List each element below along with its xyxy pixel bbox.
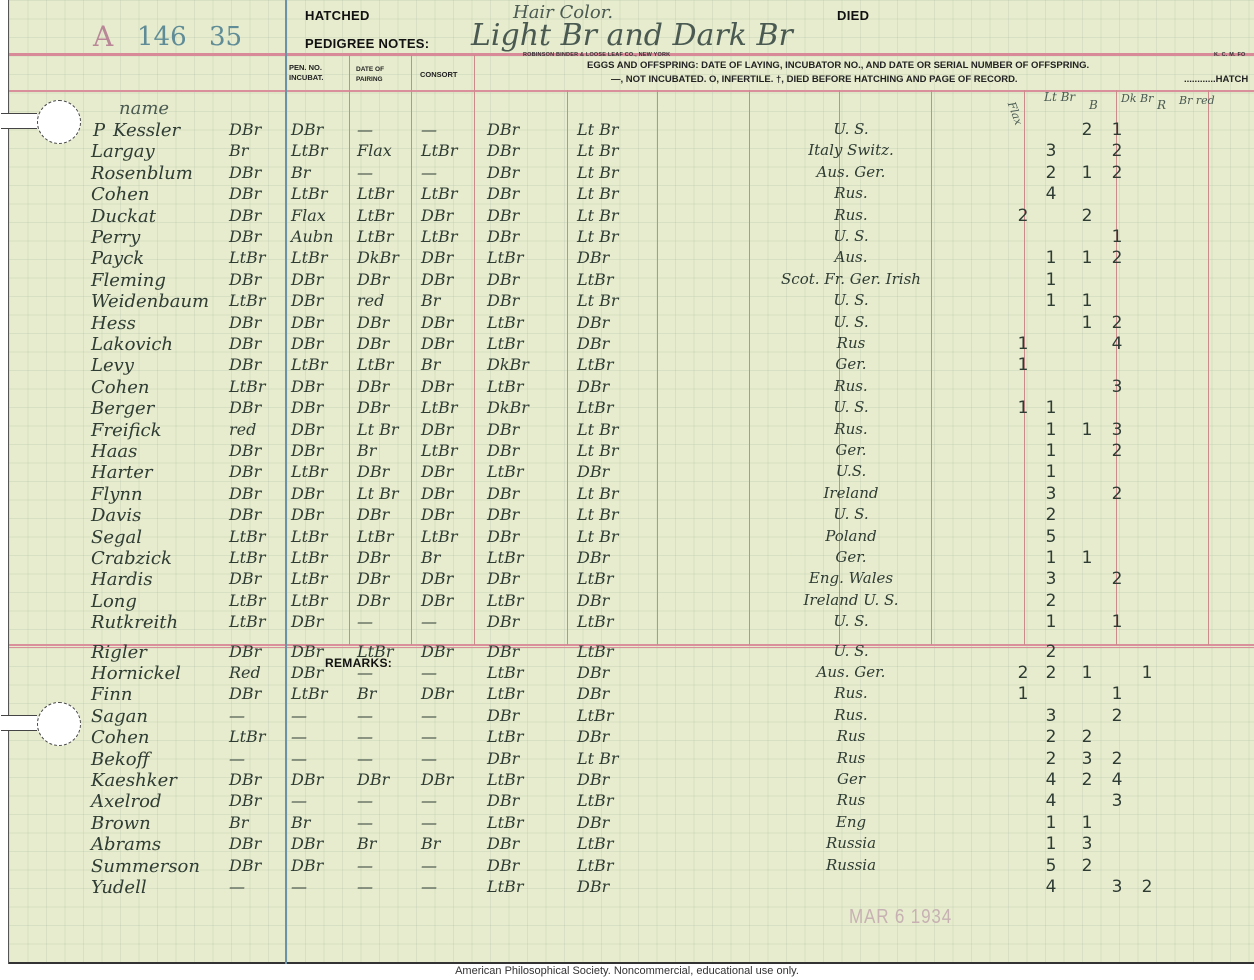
row-own: LtBr xyxy=(229,377,265,396)
eggs-offspring-line-1: EGGS AND OFFSPRING: DATE OF LAYING, INCU… xyxy=(587,60,1089,71)
row-c1: — xyxy=(291,791,307,810)
row-c1: DBr xyxy=(291,398,323,417)
row-name: Hardis xyxy=(91,569,153,590)
table-row: Yudell————LtBrDBr432 xyxy=(9,877,1254,898)
row-c5: Lt Br xyxy=(577,291,619,310)
row-c2: — xyxy=(357,749,373,768)
row-c1: LtBr xyxy=(291,184,327,203)
row-count-1: 1 xyxy=(1043,462,1059,482)
col-header-date-of-pairing: DATE OF PAIRING xyxy=(356,65,384,85)
row-own: DBr xyxy=(229,120,261,139)
row-count-1: 3 xyxy=(1043,141,1059,161)
col-header-name: name xyxy=(119,98,169,119)
col-header-pen-no: PEN. NO. INCUBAT. xyxy=(289,63,323,83)
row-own: LtBr xyxy=(229,248,265,267)
row-count-1: 1 xyxy=(1043,441,1059,461)
row-origin: Russia xyxy=(751,856,951,874)
row-own: DBr xyxy=(229,856,261,875)
row-c3: DBr xyxy=(421,462,453,481)
row-origin: Italy Switz. xyxy=(751,141,951,159)
row-c4: DBr xyxy=(487,569,519,588)
table-row: RiglerDBrDBrLtBrDBrDBrLtBrU. S.2 xyxy=(9,642,1254,663)
table-row: HaasDBrDBrBrLtBrDBrLt BrGer.12 xyxy=(9,441,1254,462)
table-row: LakovichDBrDBrDBrDBrLtBrDBrRus14 xyxy=(9,334,1254,355)
row-c4: DBr xyxy=(487,141,519,160)
row-own: DBr xyxy=(229,334,261,353)
row-origin: Ireland U. S. xyxy=(751,591,951,609)
row-c2: — xyxy=(357,856,373,875)
row-own: LtBr xyxy=(229,727,265,746)
row-c4: DBr xyxy=(487,291,519,310)
row-count-1: 5 xyxy=(1043,856,1059,876)
row-own: — xyxy=(229,706,245,725)
row-c4: DBr xyxy=(487,527,519,546)
row-origin: Ger. xyxy=(751,355,951,373)
row-c5: DBr xyxy=(577,813,609,832)
row-c3: — xyxy=(421,706,437,725)
row-own: DBr xyxy=(229,313,261,332)
row-origin: Ger. xyxy=(751,441,951,459)
row-c1: DBr xyxy=(291,642,323,661)
row-c1: LtBr xyxy=(291,462,327,481)
row-c3: Br xyxy=(421,355,440,374)
row-c4: LtBr xyxy=(487,462,523,481)
row-own: DBr xyxy=(229,642,261,661)
row-origin: Eng xyxy=(751,813,951,831)
table-row: AbramsDBrDBrBrBrDBrLtBrRussia13 xyxy=(9,834,1254,855)
row-count-4: 2 xyxy=(1139,877,1155,897)
row-c1: Aubn xyxy=(291,227,333,246)
row-c3: DBr xyxy=(421,313,453,332)
row-c5: LtBr xyxy=(577,355,613,374)
row-name: Lakovich xyxy=(91,334,173,355)
row-origin: U. S. xyxy=(751,227,951,245)
row-c4: DBr xyxy=(487,163,519,182)
row-count-1: 2 xyxy=(1043,505,1059,525)
count-header-lt-br: Lt Br xyxy=(1044,90,1075,104)
row-c1: LtBr xyxy=(291,569,327,588)
row-name: Largay xyxy=(91,141,155,162)
row-c1: Br xyxy=(291,163,310,182)
row-origin: U. S. xyxy=(751,612,951,630)
row-c4: LtBr xyxy=(487,591,523,610)
row-c4: LtBr xyxy=(487,663,523,682)
row-count-3: 2 xyxy=(1109,484,1125,504)
row-c4: LtBr xyxy=(487,313,523,332)
row-name: Perry xyxy=(91,227,140,248)
row-c2: — xyxy=(357,877,373,896)
row-count-2: 2 xyxy=(1079,727,1095,747)
row-c2: Flax xyxy=(357,141,392,160)
row-c3: LtBr xyxy=(421,441,457,460)
row-c1: DBr xyxy=(291,856,323,875)
row-count-3: 3 xyxy=(1109,877,1125,897)
row-own: DBr xyxy=(229,684,261,703)
row-c5: DBr xyxy=(577,663,609,682)
row-count-4: 1 xyxy=(1139,663,1155,683)
row-c1: DBr xyxy=(291,334,323,353)
stamp-number-2: 35 xyxy=(209,22,242,52)
row-c3: — xyxy=(421,727,437,746)
table-row: CohenLtBr———LtBrDBrRus22 xyxy=(9,727,1254,748)
row-own: — xyxy=(229,749,245,768)
row-c1: DBr xyxy=(291,420,323,439)
row-c1: DBr xyxy=(291,377,323,396)
row-c2: Br xyxy=(357,834,376,853)
row-origin: Rus. xyxy=(751,377,951,395)
row-c4: DBr xyxy=(487,484,519,503)
row-name: Berger xyxy=(91,398,154,419)
row-c5: LtBr xyxy=(577,856,613,875)
row-own: LtBr xyxy=(229,527,265,546)
table-row: HarterDBrLtBrDBrDBrLtBrDBrU.S.1 xyxy=(9,462,1254,483)
row-own: DBr xyxy=(229,505,261,524)
row-count-1: 1 xyxy=(1043,813,1059,833)
row-c1: — xyxy=(291,877,307,896)
row-count-1: 2 xyxy=(1043,642,1059,662)
died-label: DIED xyxy=(837,8,869,23)
row-origin: Rus xyxy=(751,727,951,745)
row-c3: DBr xyxy=(421,420,453,439)
pedigree-notes-label: PEDIGREE NOTES: xyxy=(305,36,429,51)
row-c3: DBr xyxy=(421,569,453,588)
row-c1: — xyxy=(291,706,307,725)
row-count-2: 1 xyxy=(1079,813,1095,833)
row-name: Weidenbaum xyxy=(91,291,209,312)
row-count-1: 2 xyxy=(1043,727,1059,747)
row-origin: U. S. xyxy=(751,505,951,523)
row-origin: Scot. Fr. Ger. Irish xyxy=(751,270,951,288)
row-own: DBr xyxy=(229,206,261,225)
row-name: Rosenblum xyxy=(91,163,193,184)
row-count-0: 2 xyxy=(1015,663,1031,683)
row-count-1: 3 xyxy=(1043,706,1059,726)
row-name: Abrams xyxy=(91,834,161,855)
row-c1: LtBr xyxy=(291,141,327,160)
table-row: CrabzickLtBrLtBrDBrBrLtBrDBrGer.11 xyxy=(9,548,1254,569)
pedigree-notes-handwritten-2: Light Br and Dark Br xyxy=(471,18,793,53)
row-c5: Lt Br xyxy=(577,749,619,768)
row-c4: LtBr xyxy=(487,377,523,396)
row-own: Br xyxy=(229,141,248,160)
row-c5: LtBr xyxy=(577,834,613,853)
row-c5: DBr xyxy=(577,248,609,267)
row-own: DBr xyxy=(229,569,261,588)
row-c4: LtBr xyxy=(487,727,523,746)
row-c3: DBr xyxy=(421,684,453,703)
row-c1: LtBr xyxy=(291,684,327,703)
row-c2: DBr xyxy=(357,462,389,481)
row-count-3: 2 xyxy=(1109,749,1125,769)
row-count-2: 1 xyxy=(1079,291,1095,311)
row-c5: DBr xyxy=(577,334,609,353)
row-c5: LtBr xyxy=(577,569,613,588)
row-count-2: 1 xyxy=(1079,248,1095,268)
row-c1: — xyxy=(291,749,307,768)
table-row: LevyDBrLtBrLtBrBrDkBrLtBrGer.1 xyxy=(9,355,1254,376)
row-c5: Lt Br xyxy=(577,120,619,139)
row-origin: Rus. xyxy=(751,206,951,224)
table-row: FlynnDBrDBrLt BrDBrDBrLt BrIreland32 xyxy=(9,484,1254,505)
row-name: Cohen xyxy=(91,184,149,205)
row-c4: DBr xyxy=(487,270,519,289)
table-row: HardisDBrLtBrDBrDBrDBrLtBrEng. Wales32 xyxy=(9,569,1254,590)
row-c5: Lt Br xyxy=(577,505,619,524)
row-c5: DBr xyxy=(577,877,609,896)
row-c5: Lt Br xyxy=(577,420,619,439)
table-row: Sagan————DBrLtBrRus.32 xyxy=(9,706,1254,727)
row-name: Kessler xyxy=(113,120,180,141)
table-row: LongLtBrLtBrDBrDBrLtBrDBrIreland U. S.2 xyxy=(9,591,1254,612)
row-c5: LtBr xyxy=(577,612,613,631)
row-c4: DBr xyxy=(487,227,519,246)
row-c5: Lt Br xyxy=(577,184,619,203)
row-c2: Lt Br xyxy=(357,484,399,503)
row-c2: Br xyxy=(357,441,376,460)
row-count-0: 1 xyxy=(1015,684,1031,704)
row-c5: DBr xyxy=(577,727,609,746)
row-c5: DBr xyxy=(577,462,609,481)
stamp-number-1: 146 xyxy=(137,22,187,52)
row-c4: DkBr xyxy=(487,355,529,374)
table-row: FreifickredDBrLt BrDBrDBrLt BrRus.113 xyxy=(9,420,1254,441)
row-origin: Ger xyxy=(751,770,951,788)
row-c4: DBr xyxy=(487,612,519,631)
row-c4: DBr xyxy=(487,120,519,139)
row-c3: DBr xyxy=(421,591,453,610)
row-c5: DBr xyxy=(577,591,609,610)
row-c1: LtBr xyxy=(291,548,327,567)
row-c1: DBr xyxy=(291,120,323,139)
table-row: PKesslerDBrDBr——DBrLt BrU. S.21 xyxy=(9,120,1254,141)
row-own: DBr xyxy=(229,834,261,853)
row-count-1: 4 xyxy=(1043,770,1059,790)
row-c2: DBr xyxy=(357,334,389,353)
row-count-2: 1 xyxy=(1079,663,1095,683)
row-c5: LtBr xyxy=(577,642,613,661)
row-c4: DBr xyxy=(487,184,519,203)
row-c5: DBr xyxy=(577,770,609,789)
row-c3: DBr xyxy=(421,270,453,289)
row-c2: — xyxy=(357,120,373,139)
row-count-3: 3 xyxy=(1109,420,1125,440)
row-own: DBr xyxy=(229,441,261,460)
row-name: Haas xyxy=(91,441,137,462)
row-c2: LtBr xyxy=(357,527,393,546)
row-c4: DBr xyxy=(487,441,519,460)
table-row: PerryDBrAubnLtBrLtBrDBrLt BrU. S.1 xyxy=(9,227,1254,248)
row-origin: U. S. xyxy=(751,291,951,309)
row-origin: Rus. xyxy=(751,420,951,438)
row-c3: — xyxy=(421,163,437,182)
row-count-3: 1 xyxy=(1109,120,1125,140)
row-c4: DBr xyxy=(487,420,519,439)
row-c4: LtBr xyxy=(487,877,523,896)
table-row: SummersonDBrDBr——DBrLtBrRussia52 xyxy=(9,856,1254,877)
table-row: FinnDBrLtBrBrDBrLtBrDBrRus.11 xyxy=(9,684,1254,705)
row-c3: — xyxy=(421,749,437,768)
row-count-1: 2 xyxy=(1043,749,1059,769)
row-origin: Ger. xyxy=(751,548,951,566)
row-c5: DBr xyxy=(577,377,609,396)
stamp-letter: A xyxy=(93,20,114,53)
row-c3: LtBr xyxy=(421,141,457,160)
row-c4: DBr xyxy=(487,856,519,875)
row-c3: — xyxy=(421,791,437,810)
row-c4: LtBr xyxy=(487,334,523,353)
col-header-consort: CONSORT xyxy=(420,70,458,80)
row-c5: Lt Br xyxy=(577,484,619,503)
row-name: Cohen xyxy=(91,727,149,748)
row-own: DBr xyxy=(229,355,261,374)
table-row: PayckLtBrLtBrDkBrDBrLtBrDBrAus.112 xyxy=(9,248,1254,269)
row-c2: DBr xyxy=(357,270,389,289)
row-c2: — xyxy=(357,163,373,182)
row-c1: DBr xyxy=(291,441,323,460)
row-c5: Lt Br xyxy=(577,206,619,225)
row-count-2: 1 xyxy=(1079,420,1095,440)
row-count-3: 2 xyxy=(1109,569,1125,589)
row-c3: DBr xyxy=(421,377,453,396)
row-own: DBr xyxy=(229,484,261,503)
row-c3: DBr xyxy=(421,505,453,524)
row-c4: DkBr xyxy=(487,398,529,417)
row-name: Hornickel xyxy=(91,663,181,684)
row-count-1: 1 xyxy=(1043,834,1059,854)
table-row: BergerDBrDBrDBrLtBrDkBrLtBrU. S.11 xyxy=(9,398,1254,419)
row-c2: — xyxy=(357,706,373,725)
row-name: Duckat xyxy=(91,206,156,227)
count-header-r: R xyxy=(1157,98,1166,112)
row-name: Freifick xyxy=(91,420,162,441)
row-count-1: 3 xyxy=(1043,484,1059,504)
row-c3: DBr xyxy=(421,642,453,661)
row-count-2: 2 xyxy=(1079,770,1095,790)
row-c2: LtBr xyxy=(357,227,393,246)
row-c2: LtBr xyxy=(357,184,393,203)
row-count-2: 3 xyxy=(1079,749,1095,769)
table-row: CohenDBrLtBrLtBrLtBrDBrLt BrRus.4 xyxy=(9,184,1254,205)
row-c5: DBr xyxy=(577,548,609,567)
row-count-1: 4 xyxy=(1043,184,1059,204)
row-c3: — xyxy=(421,120,437,139)
count-header-dk-br: Dk Br xyxy=(1121,92,1153,105)
row-c1: LtBr xyxy=(291,591,327,610)
row-c3: LtBr xyxy=(421,527,457,546)
table-row: CohenLtBrDBrDBrDBrLtBrDBrRus.3 xyxy=(9,377,1254,398)
row-own: Red xyxy=(229,663,261,682)
row-c3: — xyxy=(421,856,437,875)
row-c4: DBr xyxy=(487,791,519,810)
row-c2: Lt Br xyxy=(357,420,399,439)
row-c2: DBr xyxy=(357,591,389,610)
row-c2: — xyxy=(357,791,373,810)
row-name: Bekoff xyxy=(91,749,149,770)
row-c1: DBr xyxy=(291,663,323,682)
row-count-3: 2 xyxy=(1109,163,1125,183)
row-origin: Rus. xyxy=(751,706,951,724)
row-c2: — xyxy=(357,727,373,746)
row-own: DBr xyxy=(229,770,261,789)
row-own: DBr xyxy=(229,227,261,246)
row-origin: Russia xyxy=(751,834,951,852)
table-row: RutkreithLtBrDBr——DBrLtBrU. S.11 xyxy=(9,612,1254,633)
table-row: SegalLtBrLtBrLtBrLtBrDBrLt BrPoland5 xyxy=(9,527,1254,548)
table-row: DavisDBrDBrDBrDBrDBrLt BrU. S.2 xyxy=(9,505,1254,526)
row-c2: DBr xyxy=(357,569,389,588)
row-origin: Rus xyxy=(751,791,951,809)
row-origin: Rus. xyxy=(751,684,951,702)
row-name: Hess xyxy=(91,313,136,334)
row-count-2: 1 xyxy=(1079,313,1095,333)
row-count-1: 2 xyxy=(1043,591,1059,611)
row-c1: DBr xyxy=(291,291,323,310)
row-c1: DBr xyxy=(291,770,323,789)
row-own: DBr xyxy=(229,791,261,810)
date-received-stamp: MAR 6 1934 xyxy=(849,906,952,929)
row-own: LtBr xyxy=(229,591,265,610)
row-c2: LtBr xyxy=(357,642,393,661)
row-origin: Aus. xyxy=(751,248,951,266)
row-c4: DBr xyxy=(487,834,519,853)
table-row: Bekoff————DBrLt BrRus232 xyxy=(9,749,1254,770)
count-header-b: B xyxy=(1089,98,1098,112)
row-c1: DBr xyxy=(291,834,323,853)
row-origin: U. S. xyxy=(751,313,951,331)
row-count-3: 2 xyxy=(1109,441,1125,461)
row-c2: Br xyxy=(357,684,376,703)
row-c1: LtBr xyxy=(291,527,327,546)
row-c5: Lt Br xyxy=(577,163,619,182)
row-own: DBr xyxy=(229,462,261,481)
row-count-0: 1 xyxy=(1015,334,1031,354)
row-own: DBr xyxy=(229,184,261,203)
row-origin: Eng. Wales xyxy=(751,569,951,587)
row-c3: DBr xyxy=(421,484,453,503)
row-count-1: 1 xyxy=(1043,291,1059,311)
row-c5: Lt Br xyxy=(577,527,619,546)
row-c2: DBr xyxy=(357,313,389,332)
row-origin: Ireland xyxy=(751,484,951,502)
row-c2: DBr xyxy=(357,770,389,789)
row-count-0: 1 xyxy=(1015,355,1031,375)
row-name: Fleming xyxy=(91,270,166,291)
row-count-3: 3 xyxy=(1109,791,1125,811)
row-count-0: 2 xyxy=(1015,206,1031,226)
row-c3: LtBr xyxy=(421,184,457,203)
row-count-2: 3 xyxy=(1079,834,1095,854)
row-count-3: 3 xyxy=(1109,377,1125,397)
row-c3: DBr xyxy=(421,770,453,789)
table-row: RosenblumDBrBr——DBrLt BrAus. Ger.212 xyxy=(9,163,1254,184)
row-c5: DBr xyxy=(577,313,609,332)
row-c3: — xyxy=(421,813,437,832)
row-name: Levy xyxy=(91,355,134,376)
row-c3: Br xyxy=(421,548,440,567)
row-c1: Br xyxy=(291,813,310,832)
row-own: red xyxy=(229,420,256,439)
row-c4: DBr xyxy=(487,505,519,524)
row-count-1: 4 xyxy=(1043,877,1059,897)
row-c4: LtBr xyxy=(487,684,523,703)
row-c3: — xyxy=(421,612,437,631)
row-c4: LtBr xyxy=(487,548,523,567)
pedigree-record-card: A 146 35 HATCHED PEDIGREE NOTES: DIED RO… xyxy=(8,0,1254,964)
row-c1: DBr xyxy=(291,612,323,631)
row-name: Sagan xyxy=(91,706,148,727)
row-c1: DBr xyxy=(291,313,323,332)
row-origin: Rus. xyxy=(751,184,951,202)
